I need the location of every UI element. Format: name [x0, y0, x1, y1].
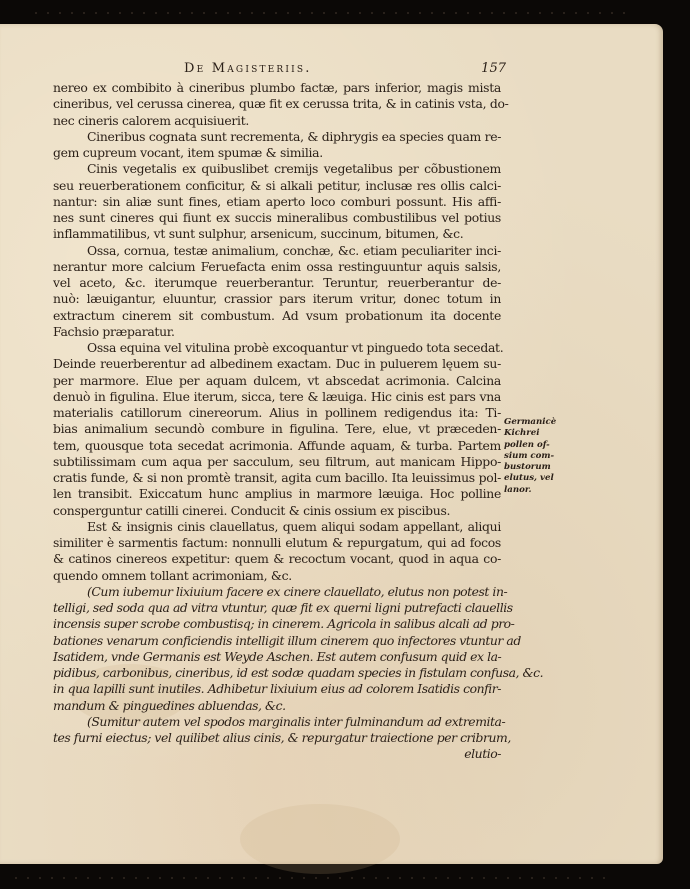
- text-line: nereo ex combibito à cineribus plumbo fa…: [53, 80, 501, 96]
- text-line: mandum & pinguedines abluendas, &c.: [53, 698, 501, 714]
- text-line: cineribus, vel cerussa cinerea, quæ fit …: [53, 96, 501, 112]
- text-line: nes sunt cineres qui fiunt ex succis min…: [53, 210, 501, 226]
- text-line: incensis super scrobe combustisq; in cin…: [53, 616, 501, 632]
- text-line: bationes venarum conficiendis intelligit…: [53, 633, 501, 649]
- text-line: tes furni eiectus; vel quilibet alius ci…: [53, 730, 501, 746]
- text-line: nerantur more calcium Feruefacta enim os…: [53, 259, 501, 275]
- marginal-note-line: elutus, vel: [504, 473, 564, 484]
- text-line: cratis funde, & si non promtè transit, a…: [53, 470, 501, 486]
- text-line: Cineribus cognata sunt recrementa, & dip…: [53, 129, 501, 145]
- text-line: Cinis vegetalis ex quibuslibet cremijs v…: [53, 161, 501, 177]
- text-line: bias animalium secundò combure in figuli…: [53, 421, 501, 437]
- text-line: gem cupreum vocant, item spumæ & similia…: [53, 145, 501, 161]
- text-line: denuò in figulina. Elue iterum, sicca, t…: [53, 389, 501, 405]
- text-line: Isatidem, vnde Germanis est Weyde Aschen…: [53, 649, 501, 665]
- text-line: materialis catillorum cinereorum. Alius …: [53, 405, 501, 421]
- text-line: extractum cinerem sit combustum. Ad vsum…: [53, 308, 501, 324]
- text-line: len transibit. Exiccatum hunc amplius in…: [53, 486, 501, 502]
- text-line: consperguntur catilli cinerei. Conducit …: [53, 503, 501, 519]
- text-line: Ossa equina vel vitulina probè excoquant…: [53, 340, 501, 356]
- text-line: elutio-: [53, 746, 501, 762]
- marginal-note-line: bustorum: [504, 462, 564, 473]
- marginal-note-line: Germanicè: [504, 417, 564, 428]
- text-line: Deinde reuerberentur ad albedinem exacta…: [53, 356, 501, 372]
- text-line: nuò: læuigantur, eluuntur, crassior pars…: [53, 291, 501, 307]
- text-line: Ossa, cornua, testæ animalium, conchæ, &…: [53, 243, 501, 259]
- body-text: nereo ex combibito à cineribus plumbo fa…: [53, 80, 501, 763]
- marginal-note-line: lanor.: [504, 485, 564, 496]
- page-number: 157: [481, 61, 506, 76]
- text-line: nantur: sin aliæ sunt fines, etiam apert…: [53, 194, 501, 210]
- text-line: inflammatilibus, vt sunt sulphur, arseni…: [53, 226, 501, 242]
- marginal-note-line: Kichrei: [504, 428, 564, 439]
- text-line: vel aceto, &c. iterumque reuerberantur. …: [53, 275, 501, 291]
- marginal-note-line: sium com-: [504, 451, 564, 462]
- text-line: telligi, sed soda qua ad vitra vtuntur, …: [53, 600, 501, 616]
- text-line: in qua lapilli sunt inutiles. Adhibetur …: [53, 681, 501, 697]
- scan-edge-dots-top: [30, 12, 630, 14]
- text-line: & catinos cinereos expetitur: quem & rec…: [53, 551, 501, 567]
- marginal-note: GermanicèKichreipollen of-sium com-busto…: [504, 417, 564, 496]
- text-line: seu reuerberationem conficitur, & si alk…: [53, 178, 501, 194]
- marginal-note-line: pollen of-: [504, 440, 564, 451]
- text-line: quendo omnem tollant acrimoniam, &c.: [53, 568, 501, 584]
- text-line: subtilissimam cum aqua per sacculum, seu…: [53, 454, 501, 470]
- running-head: De Magisteriis. 157: [54, 61, 502, 79]
- text-line: Est & insignis cinis clauellatus, quem a…: [53, 519, 501, 535]
- scan-edge-dots-bottom: [10, 877, 610, 879]
- text-line: pidibus, carbonibus, cineribus, id est s…: [53, 665, 501, 681]
- running-title: De Magisteriis.: [184, 61, 312, 76]
- text-line: tem, quousque tota secedat acrimonia. Af…: [53, 438, 501, 454]
- text-line: nec cineris calorem acquisiuerit.: [53, 113, 501, 129]
- text-line: (Cum iubemur lixiuium facere ex cinere c…: [53, 584, 501, 600]
- text-line: (Sumitur autem vel spodos marginalis int…: [53, 714, 501, 730]
- text-line: Fachsio præparatur.: [53, 324, 501, 340]
- text-line: per marmore. Elue per aquam dulcem, vt a…: [53, 373, 501, 389]
- paper-stain: [240, 804, 400, 874]
- text-line: similiter è sarmentis factum: nonnulli e…: [53, 535, 501, 551]
